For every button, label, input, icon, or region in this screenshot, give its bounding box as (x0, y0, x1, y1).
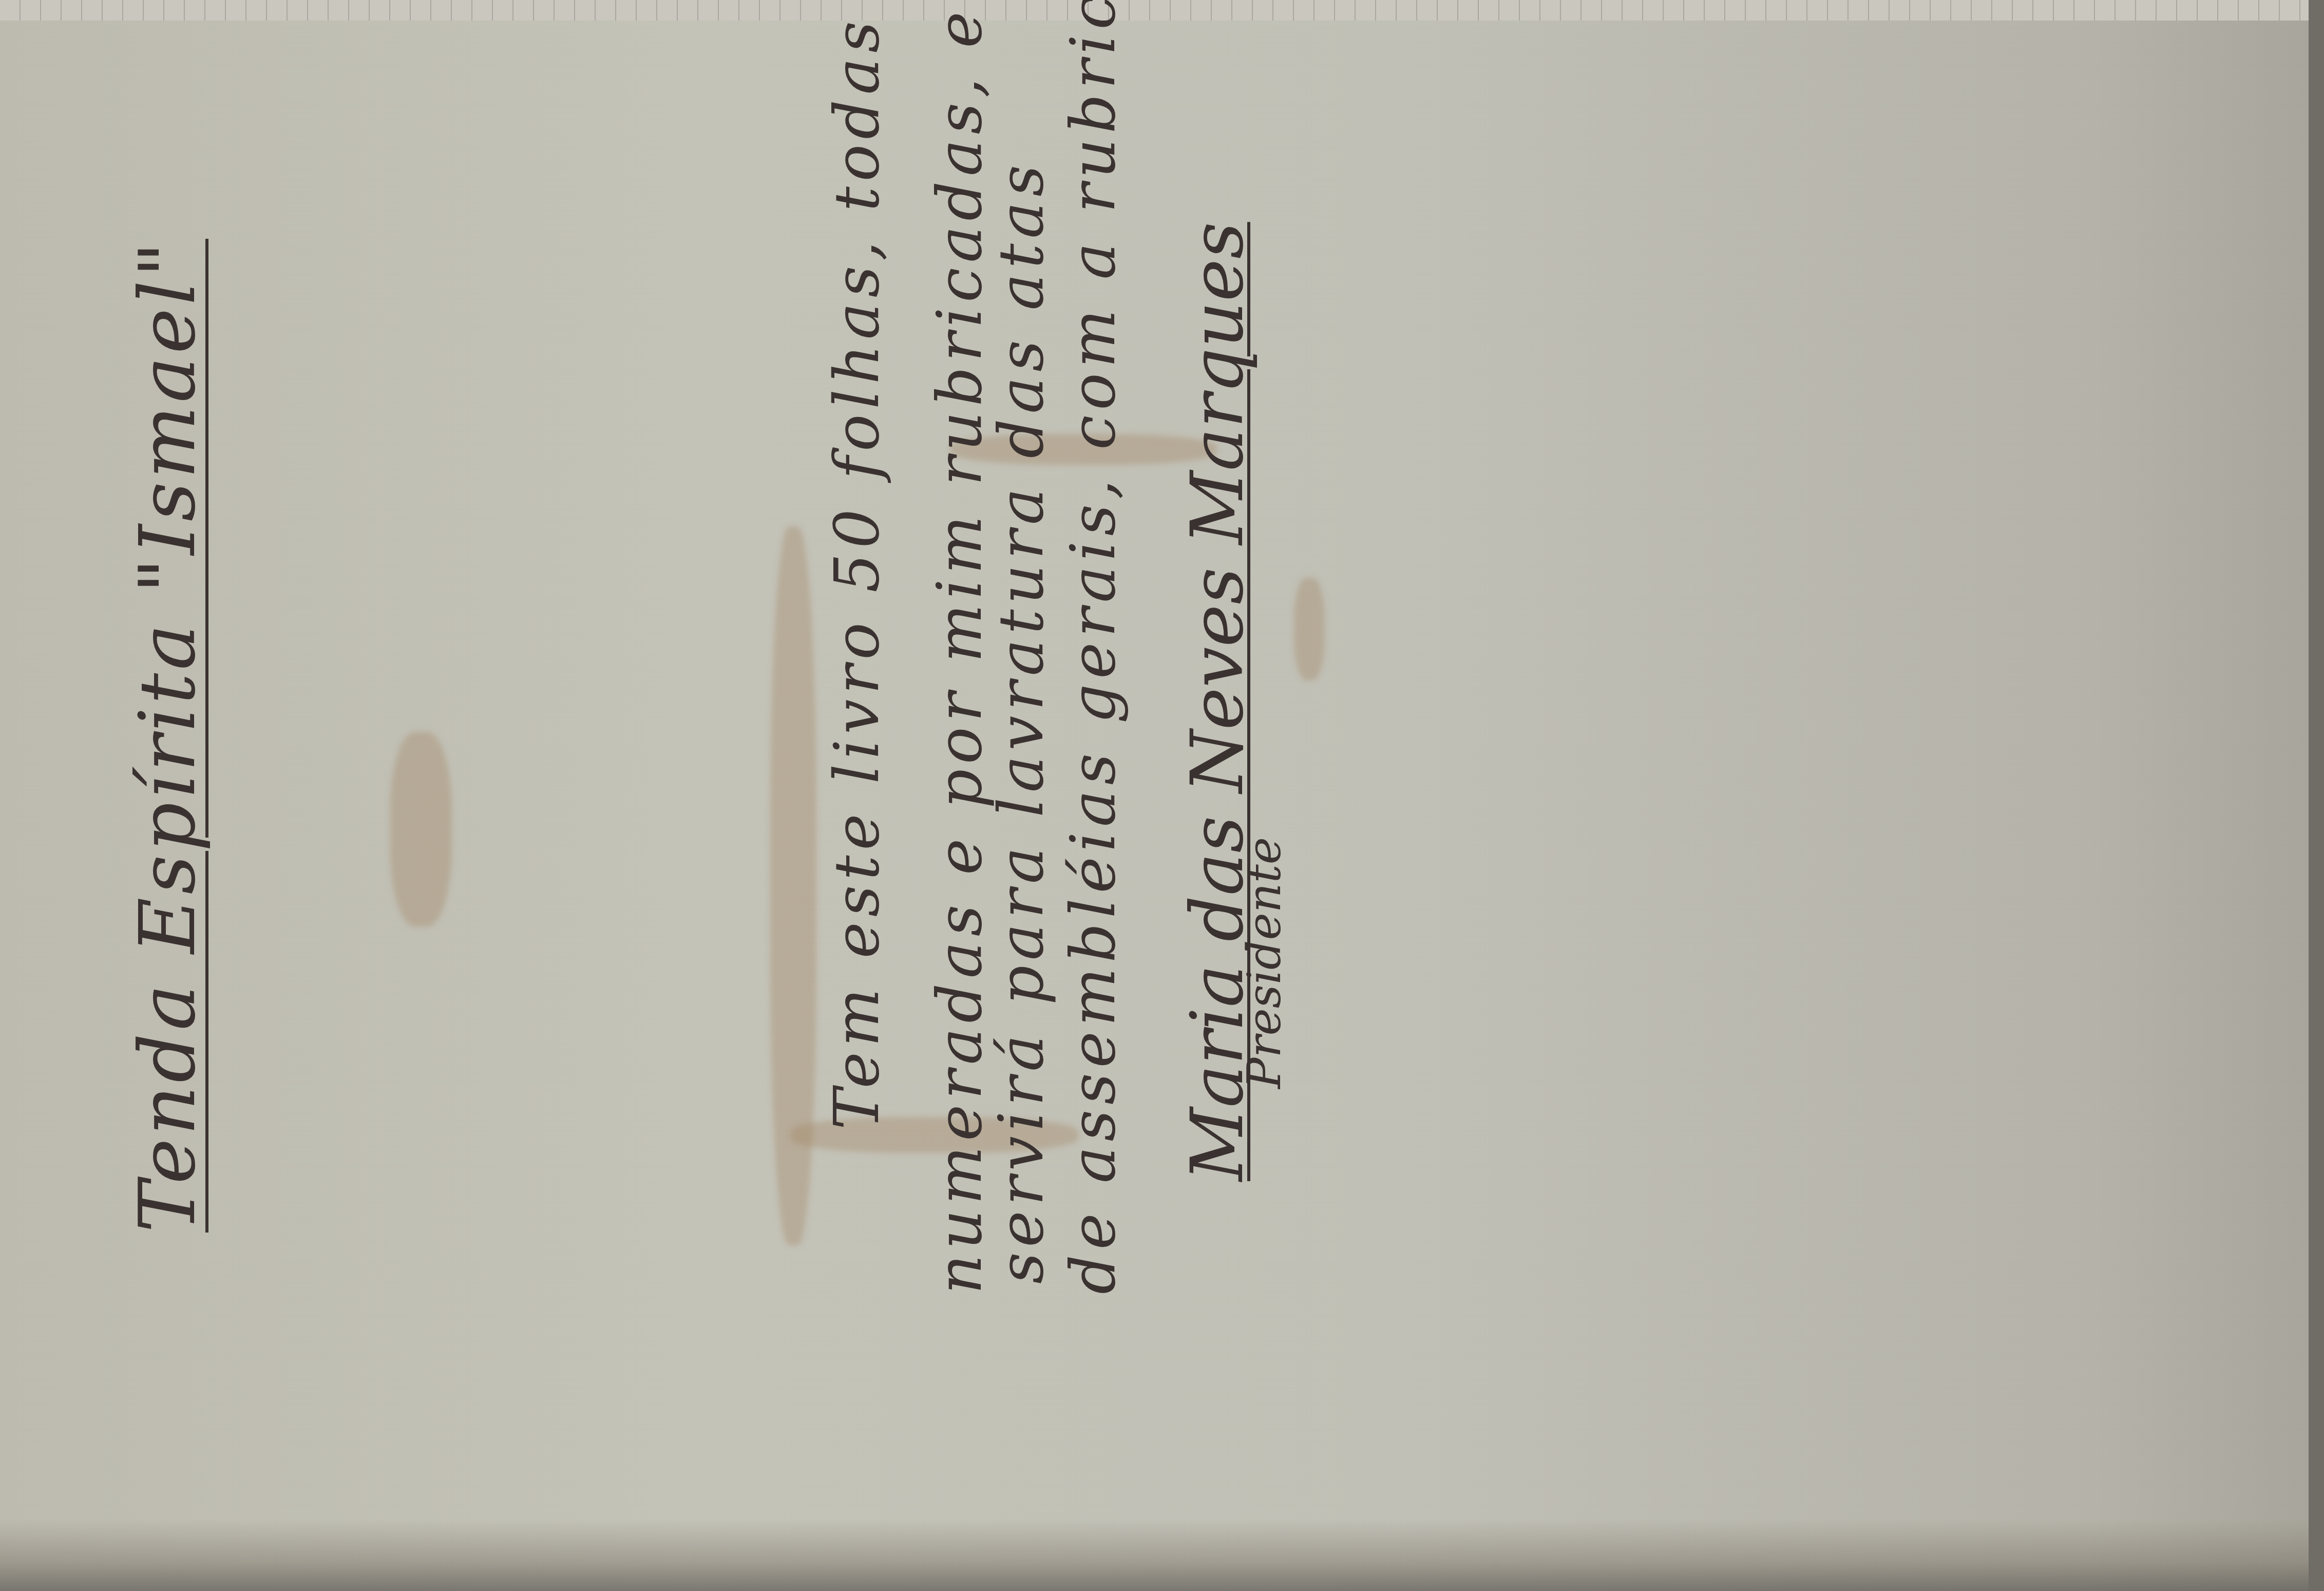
body-line-2: numeradas e por mim rubricadas, e (924, 7, 996, 1294)
page-shadow (0, 1519, 2324, 1591)
body-line-4: de assembléias gerais, com a rubrica M.N… (1058, 0, 1129, 1294)
grid-paper-edge (0, 0, 2324, 21)
body-line-1: Tem este livro 50 folhas, todas (822, 16, 893, 1130)
document-page (0, 13, 2324, 1591)
body-line-3: servirá para lavratura das atas (986, 160, 1057, 1284)
signature-role: Presidente (1237, 837, 1291, 1089)
document-title: Tenda Espírita "Ismael" (123, 239, 213, 1233)
water-stain (1294, 578, 1325, 680)
water-stain (390, 732, 452, 927)
page-edge (2309, 0, 2324, 1591)
